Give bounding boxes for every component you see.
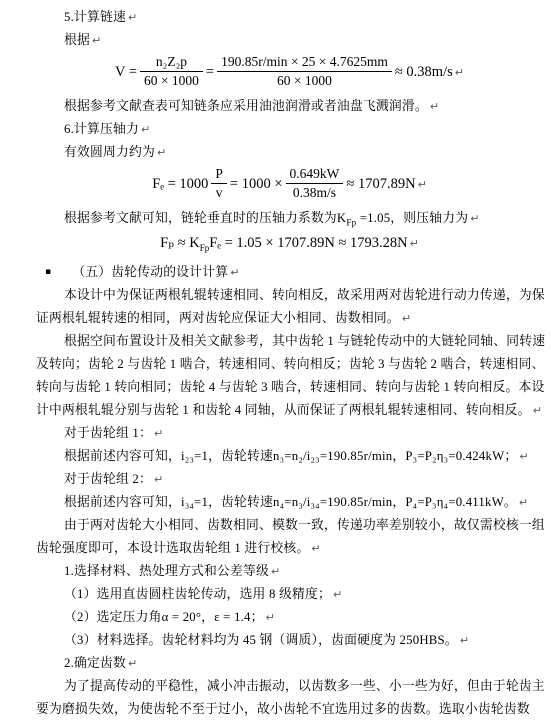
section-5-heading: 5.计算链速↵ bbox=[36, 6, 543, 29]
fraction: Pv bbox=[211, 166, 227, 201]
paragraph-text: 根据空间布置设计及相关文献参考，其中齿轮 1 与链轮传动中的大链轮同轴、同转速 bbox=[64, 334, 545, 348]
formula-lhs: Fₑ = 1000 bbox=[152, 176, 208, 192]
section-6-heading: 6.计算压轴力↵ bbox=[36, 118, 543, 141]
paragraph-text: 及转向；齿轮 2 与齿轮 1 啮合，转速相同、转向相反；齿轮 3 与齿轮 2 啮… bbox=[36, 357, 544, 371]
formula-pre: Fₚ ≈ K bbox=[160, 235, 200, 251]
fraction-denominator: 0.38m/s bbox=[286, 184, 344, 201]
fraction: n₂Z₂p60 × 1000 bbox=[140, 54, 203, 89]
gear-para3-line1: 由于两对齿轮大小相同、齿数相同、模数一致，传递功率差别较小，故仅需校核一组 bbox=[36, 514, 543, 537]
list-item-text: （2）选定压力角α = 20°，ε = 1.4； bbox=[64, 610, 264, 624]
section-6-heading-text: 6.计算压轴力 bbox=[64, 122, 139, 136]
paragraph-text: 由于两对齿轮大小相同、齿数相同、模数一致，传递功率差别较小，故仅需校核一组 bbox=[64, 518, 545, 532]
list-item-text: （1）选用直齿圆柱齿轮传动，选用 8 级精度； bbox=[64, 587, 331, 601]
group-label-text: 对于齿轮组 1： bbox=[64, 426, 152, 440]
formula-result: ≈ 0.38m/s bbox=[395, 64, 453, 80]
gear-para4-line1: 为了提高传动的平稳性，减小冲击振动，以齿数多一些、小一些为好，但由于轮齿主 bbox=[36, 675, 543, 698]
gear-para2-line1: 根据空间布置设计及相关文献参考，其中齿轮 1 与链轮传动中的大链轮同轴、同转速 bbox=[36, 330, 543, 353]
return-mark-icon: ↵ bbox=[470, 212, 479, 225]
fraction: 190.85r/min × 25 × 4.7625mm60 × 1000 bbox=[217, 54, 392, 89]
gear-para1-line1: 本设计中为保证两根轧辊转速相同、转向相反，故采用两对齿轮进行动力传递，为保 bbox=[36, 284, 543, 307]
formula-post: Fₑ = 1.05 × 1707.89N ≈ 1793.28N bbox=[209, 235, 407, 251]
effective-force-intro-text: 有效圆周力约为 bbox=[64, 145, 155, 159]
list-bullet-icon: ▪ bbox=[45, 267, 51, 277]
gear-sub1-heading: 1.选择材料、热处理方式和公差等级↵ bbox=[36, 560, 543, 583]
fraction-numerator: P bbox=[211, 166, 227, 184]
group-label-text: 对于齿轮组 2： bbox=[64, 472, 152, 486]
gear-group2-label: 对于齿轮组 2：↵ bbox=[36, 468, 543, 491]
fraction-numerator: 0.649kW bbox=[286, 166, 344, 184]
gear-section-heading: （五）齿轮传动的设计计算 bbox=[72, 265, 228, 279]
paragraph-text: 证两根轧辊转速的相同，两对齿轮应保证大小相同、齿数相同。 bbox=[36, 311, 400, 325]
gear-para2-line2: 及转向；齿轮 2 与齿轮 1 啮合，转速相同、转向相反；齿轮 3 与齿轮 2 啮… bbox=[36, 353, 543, 376]
return-mark-icon: ↵ bbox=[230, 266, 239, 279]
gear-para3-line2: 齿轮强度即可，本设计选取齿轮组 1 进行校核。↵ bbox=[36, 537, 543, 560]
coef-line-post: =1.05，则压轴力为 bbox=[356, 211, 468, 225]
paragraph-text: 转向与齿轮 1 转向相同；齿轮 4 与齿轮 3 啮合，转速相同、转向与齿轮 1 … bbox=[36, 380, 544, 394]
return-mark-icon: ↵ bbox=[154, 473, 163, 486]
return-mark-icon: ↵ bbox=[92, 34, 101, 47]
return-mark-icon: ↵ bbox=[519, 450, 528, 463]
return-mark-icon: ↵ bbox=[418, 178, 427, 191]
return-mark-icon: ↵ bbox=[266, 611, 275, 624]
gear-sub2-heading: 2.确定齿数↵ bbox=[36, 652, 543, 675]
gear-group1-data-line: 根据前述内容可知，i₂₃=1，齿轮转速n₃=n₂/i₂₃=190.85r/min… bbox=[36, 445, 543, 468]
return-mark-icon: ↵ bbox=[519, 496, 528, 509]
fraction-numerator: n₂Z₂p bbox=[140, 54, 203, 72]
lubrication-note-text: 根据参考文献查表可知链条应采用油池润滑或者油盘飞溅润滑。 bbox=[64, 99, 428, 113]
gear-item-1: （1）选用直齿圆柱齿轮传动，选用 8 级精度；↵ bbox=[36, 583, 543, 606]
formula-result: ≈ 1707.89N bbox=[346, 176, 415, 192]
sub-heading-text: 1.选择材料、热处理方式和公差等级 bbox=[64, 564, 269, 578]
return-mark-icon: ↵ bbox=[128, 11, 137, 24]
return-mark-icon: ↵ bbox=[410, 237, 419, 250]
fraction-denominator: v bbox=[211, 184, 227, 201]
return-mark-icon: ↵ bbox=[128, 657, 137, 670]
gear-para2-line4: 计中两根轧辊分别与齿轮 1 和齿轮 4 同轴，从而保证了两根轧辊转速相同、转向相… bbox=[36, 399, 543, 422]
chain-speed-formula: V =n₂Z₂p60 × 1000=190.85r/min × 25 × 4.7… bbox=[36, 55, 543, 90]
coef-line-pre: 根据参考文献可知，链轮垂直时的压轴力系数为K bbox=[64, 211, 346, 225]
return-mark-icon: ↵ bbox=[533, 404, 542, 417]
return-mark-icon: ↵ bbox=[333, 588, 342, 601]
fraction-numerator: 190.85r/min × 25 × 4.7625mm bbox=[217, 54, 392, 72]
return-mark-icon: ↵ bbox=[430, 100, 439, 113]
basis-label-text: 根据 bbox=[64, 33, 90, 47]
coef-subscript: Fp bbox=[346, 218, 356, 228]
gear-para4-line2: 要为磨损失效，为使齿轮不至于过小，故小齿轮不宜选用过多的齿数。选取小齿轮齿数 bbox=[36, 698, 543, 721]
axial-force-formula: Fₚ ≈ KFpFₑ = 1.05 × 1707.89N ≈ 1793.28N↵ bbox=[36, 232, 543, 255]
formula-equals: = 1000 × bbox=[230, 176, 283, 192]
gear-para1-line2: 证两根轧辊转速的相同，两对齿轮应保证大小相同、齿数相同。↵ bbox=[36, 307, 543, 330]
sub-heading-text: 2.确定齿数 bbox=[64, 656, 126, 670]
gear-section-heading-line: ▪（五）齿轮传动的设计计算↵ bbox=[36, 261, 543, 284]
return-mark-icon: ↵ bbox=[311, 542, 320, 555]
gear-para2-line3: 转向与齿轮 1 转向相同；齿轮 4 与齿轮 3 啮合，转速相同、转向与齿轮 1 … bbox=[36, 376, 543, 399]
return-mark-icon: ↵ bbox=[455, 66, 464, 79]
axial-force-coef-line: 根据参考文献可知，链轮垂直时的压轴力系数为KFp =1.05，则压轴力为↵ bbox=[36, 207, 543, 230]
fraction-denominator: 60 × 1000 bbox=[140, 72, 203, 89]
effective-force-formula: Fₑ = 1000Pv= 1000 ×0.649kW0.38m/s≈ 1707.… bbox=[36, 167, 543, 202]
paragraph-text: 齿轮强度即可，本设计选取齿轮组 1 进行校核。 bbox=[36, 541, 309, 555]
gear-item-2: （2）选定压力角α = 20°，ε = 1.4；↵ bbox=[36, 606, 543, 629]
gear-group2-data-line: 根据前述内容可知，i₃₄=1，齿轮转速n₄=n₃/i₃₄=190.85r/min… bbox=[36, 491, 543, 514]
fraction-denominator: 60 × 1000 bbox=[217, 72, 392, 89]
paragraph-text: 本设计中为保证两根轧辊转速相同、转向相反，故采用两对齿轮进行动力传递，为保 bbox=[64, 288, 545, 302]
return-mark-icon: ↵ bbox=[154, 427, 163, 440]
return-mark-icon: ↵ bbox=[141, 123, 150, 136]
list-item-text: （3）材料选择。齿轮材料均为 45 钢（调质），齿面硬度为 250HBS。 bbox=[64, 633, 458, 647]
fraction: 0.649kW0.38m/s bbox=[286, 166, 344, 201]
formula-equals: = bbox=[206, 64, 214, 80]
lubrication-note: 根据参考文献查表可知链条应采用油池润滑或者油盘飞溅润滑。↵ bbox=[36, 95, 543, 118]
group-data-text: 根据前述内容可知，i₂₃=1，齿轮转速n₃=n₂/i₂₃=190.85r/min… bbox=[64, 449, 517, 463]
document-page: 5.计算链速↵ 根据↵ V =n₂Z₂p60 × 1000=190.85r/mi… bbox=[0, 0, 551, 721]
basis-label: 根据↵ bbox=[36, 29, 543, 52]
gear-item-3: （3）材料选择。齿轮材料均为 45 钢（调质），齿面硬度为 250HBS。↵ bbox=[36, 629, 543, 652]
section-5-heading-text: 5.计算链速 bbox=[64, 10, 126, 24]
effective-force-intro: 有效圆周力约为↵ bbox=[36, 141, 543, 164]
gear-group1-label: 对于齿轮组 1：↵ bbox=[36, 422, 543, 445]
group-data-text: 根据前述内容可知，i₃₄=1，齿轮转速n₄=n₃/i₃₄=190.85r/min… bbox=[64, 495, 517, 509]
paragraph-text: 为了提高传动的平稳性，减小冲击振动，以齿数多一些、小一些为好，但由于轮齿主 bbox=[64, 679, 545, 693]
return-mark-icon: ↵ bbox=[460, 634, 469, 647]
formula-lhs: V = bbox=[115, 64, 137, 80]
return-mark-icon: ↵ bbox=[271, 565, 280, 578]
paragraph-text: 计中两根轧辊分别与齿轮 1 和齿轮 4 同轴，从而保证了两根轧辊转速相同、转向相… bbox=[36, 403, 531, 417]
return-mark-icon: ↵ bbox=[157, 146, 166, 159]
paragraph-text: 要为磨损失效，为使齿轮不至于过小，故小齿轮不宜选用过多的齿数。选取小齿轮齿数 bbox=[36, 702, 530, 716]
formula-subscript: Fp bbox=[200, 243, 210, 253]
return-mark-icon: ↵ bbox=[402, 312, 411, 325]
